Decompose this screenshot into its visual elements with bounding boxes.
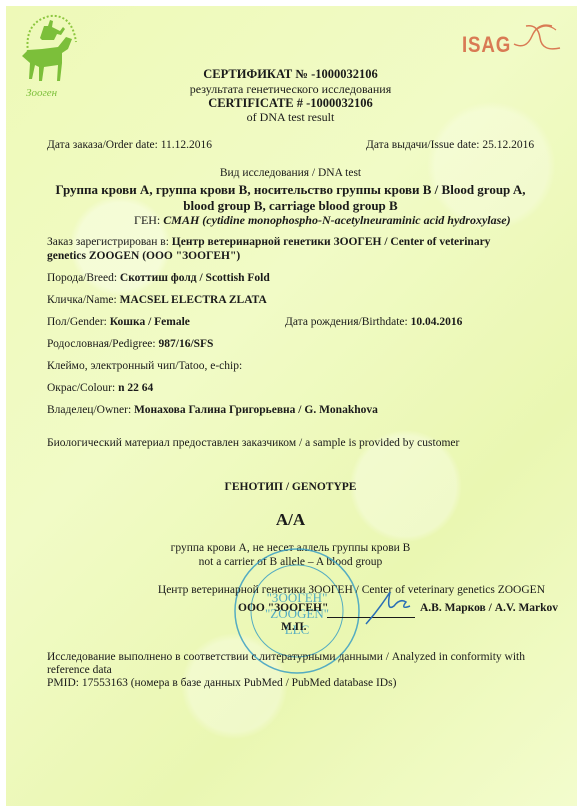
seal-label: М.П.: [281, 621, 307, 633]
signature-center: Центр ветеринарной генетики ЗООГЕН / Cen…: [145, 584, 545, 596]
handwritten-signature-icon: [360, 588, 420, 628]
genotype-value: A/A: [0, 510, 581, 530]
signature-org: ООО "ЗООГЕН": [238, 602, 328, 614]
certificate-title-en: CERTIFICATE # -1000032106: [0, 96, 581, 111]
certificate-subtitle-en: of DNA test result: [0, 110, 581, 125]
isag-swirl-icon: [512, 20, 562, 56]
dna-test-label: Вид исследования / DNA test: [0, 167, 581, 179]
footer-line1: Исследование выполнено в соответствии с …: [47, 651, 525, 663]
registered-at-cont: genetics ZOOGEN (ООО "ЗООГЕН"): [47, 250, 240, 262]
colour: Окрас/Colour: n 22 64: [47, 382, 153, 394]
birthdate: Дата рождения/Birthdate: 10.04.2016: [285, 316, 462, 328]
chip: Клеймо, электронный чип/Tatoo, e-chip:: [47, 360, 242, 372]
dna-test-title-line2: blood group B, carriage blood group B: [0, 197, 581, 214]
isag-logo: ISAG: [462, 32, 511, 58]
certificate-subtitle-ru: результата генетического исследования: [0, 82, 581, 97]
pedigree: Родословная/Pedigree: 987/16/SFS: [47, 338, 213, 350]
gender: Пол/Gender: Кошка / Female: [47, 316, 190, 328]
footer-line2: reference data: [47, 664, 112, 676]
footer-pmid: PMID: 17553163 (номера в базе данных Pub…: [47, 677, 396, 689]
owner: Владелец/Owner: Монахова Галина Григорье…: [47, 404, 378, 416]
animal-name: Кличка/Name: MACSEL ELECTRA ZLATA: [47, 294, 267, 306]
dna-test-title-line1: Группа крови А, группа крови В, носитель…: [0, 181, 581, 198]
gene: ГЕН: CMAH (cytidine monophospho-N-acetyl…: [134, 213, 511, 228]
sample-note: Биологический материал предоставлен зака…: [47, 437, 459, 449]
genotype-header: ГЕНОТИП / GENOTYPE: [0, 481, 581, 493]
registered-at: Заказ зарегистрирован в: Центр ветеринар…: [47, 236, 490, 248]
signature-signer: А.В. Марков / A.V. Markov: [420, 602, 558, 614]
order-date: Дата заказа/Order date: 11.12.2016: [47, 139, 212, 151]
certificate-title-ru: СЕРТИФИКАТ № -1000032106: [0, 67, 581, 82]
breed: Порода/Breed: Скоттиш фолд / Scottish Fo…: [47, 272, 270, 284]
issue-date: Дата выдачи/Issue date: 25.12.2016: [366, 139, 534, 151]
